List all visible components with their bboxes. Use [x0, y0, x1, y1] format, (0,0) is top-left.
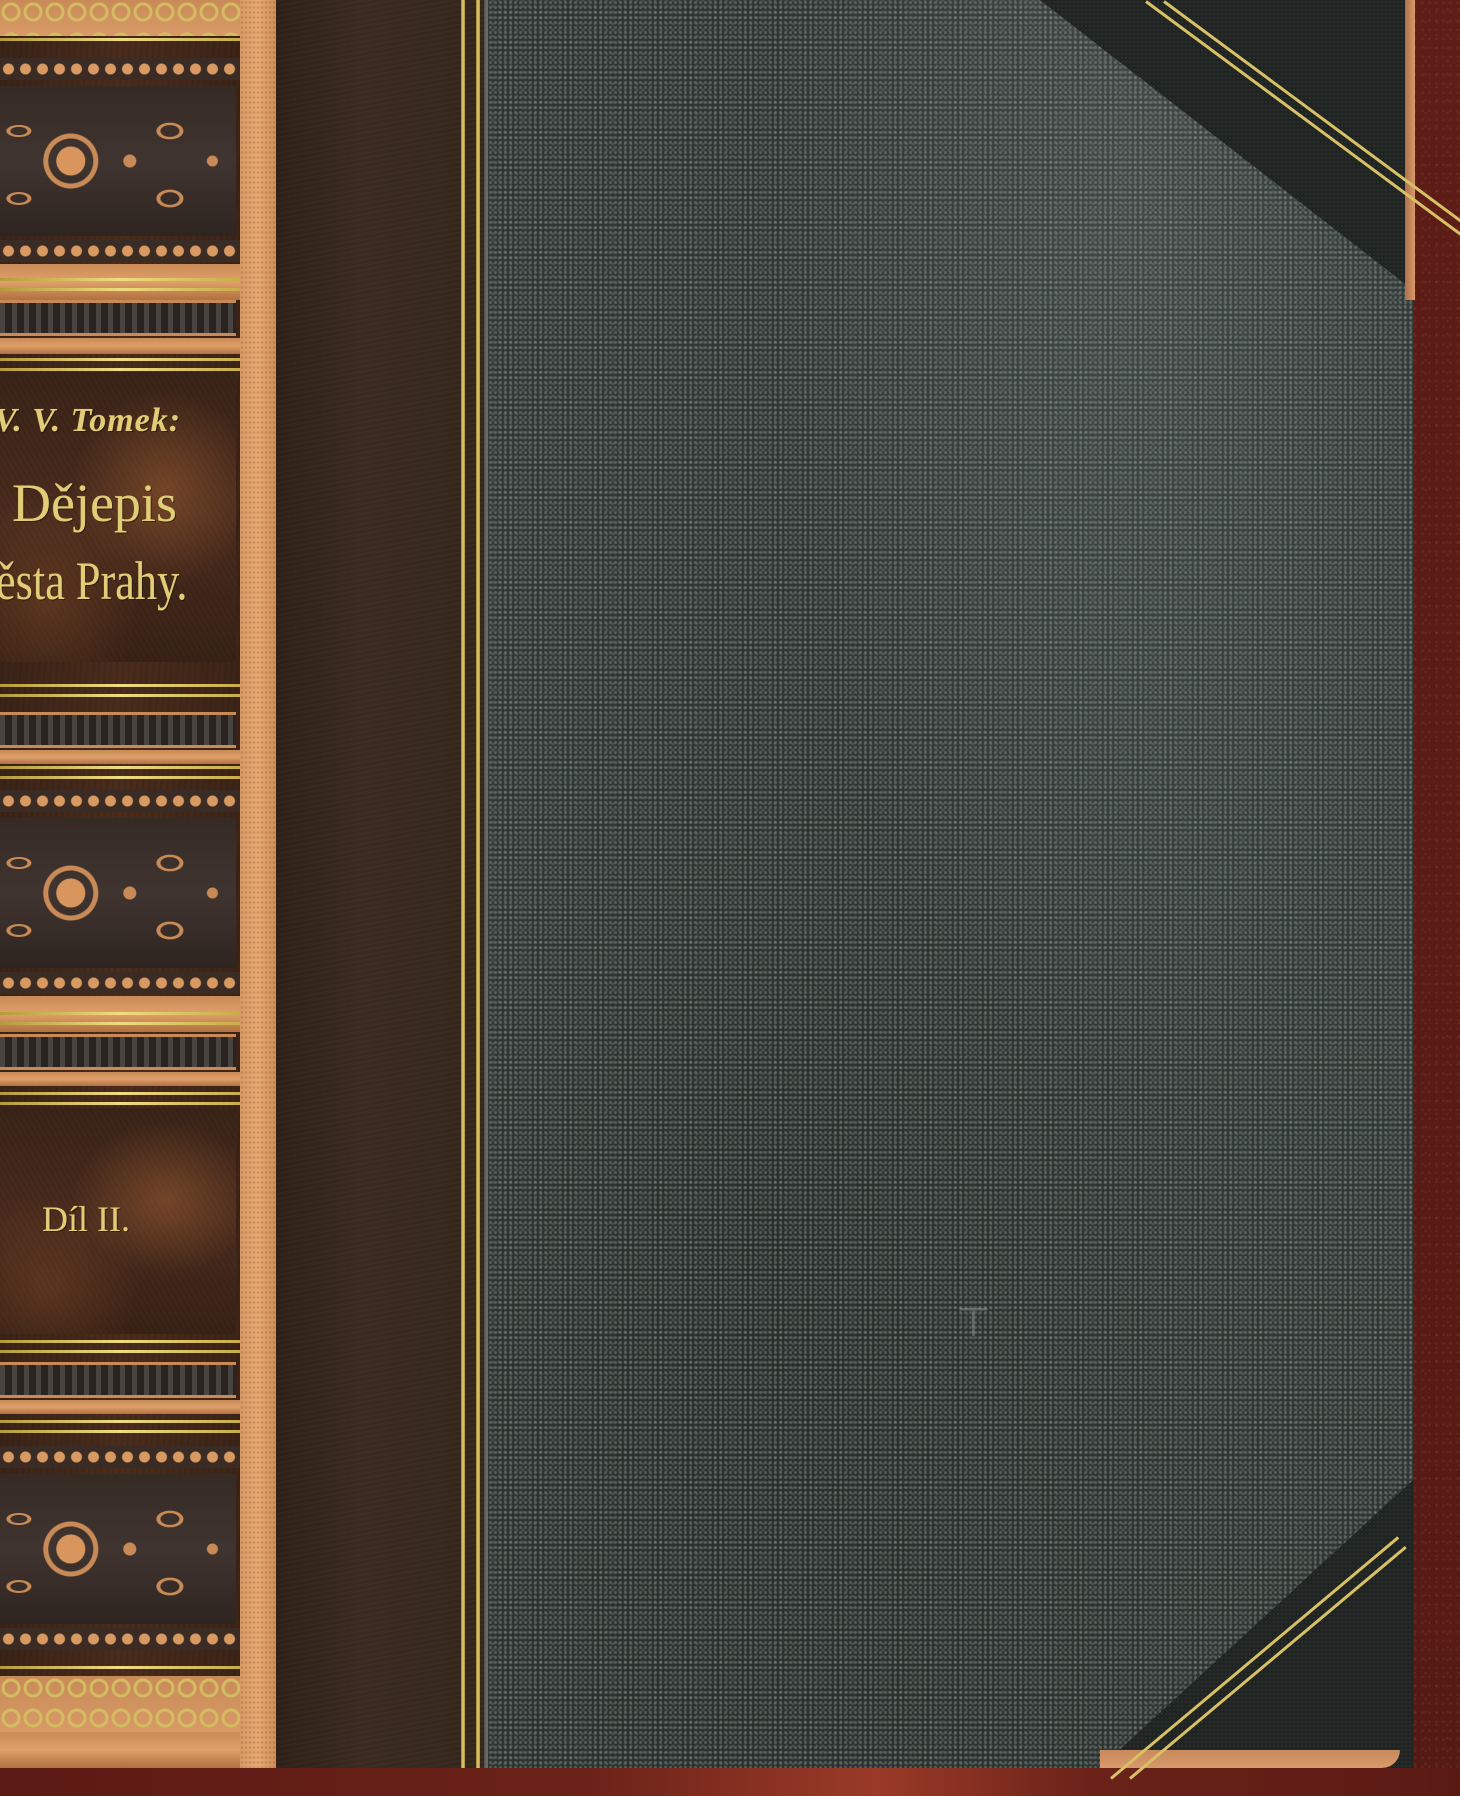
spine-title-line-2: ěsta Prahy. [0, 550, 187, 612]
spine-gold-line [0, 776, 240, 779]
spine-gold-line [0, 1102, 240, 1105]
spine-worn-edge [240, 0, 276, 1768]
spine-gold-line [0, 694, 240, 697]
spine-gold-line [0, 288, 240, 291]
spine-gold-line [0, 1022, 240, 1025]
spine-gold-line [0, 766, 240, 769]
spine-ornament-panel-top [0, 86, 236, 236]
spine-gold-line [0, 1092, 240, 1095]
spine-gold-line [0, 358, 240, 361]
wear-mark: ⊤ [956, 1300, 991, 1346]
spine-raised-band [0, 1034, 236, 1070]
spine-bead-row [0, 972, 240, 994]
spine-gold-line [0, 1340, 240, 1343]
spine-gilt-tail-scroll [0, 1676, 240, 1732]
spine-bead-row [0, 1446, 240, 1468]
book: V. V. Tomek: Dějepis ěsta Prahy. Díl II. [0, 0, 1413, 1768]
spine-title-panel: V. V. Tomek: Dějepis ěsta Prahy. [0, 372, 236, 662]
spine-bead-row [0, 1628, 240, 1650]
spine-gold-line [0, 368, 240, 371]
spine-gilt-head-scroll [0, 0, 240, 36]
spine-raised-band [0, 1362, 236, 1398]
spine-volume-panel: Díl II. [0, 1108, 236, 1334]
spine-gold-line [0, 1420, 240, 1423]
spine-ornament-panel-bottom [0, 1474, 236, 1624]
spine-gold-line [0, 684, 240, 687]
spine-ornament-panel-middle [0, 818, 236, 968]
spine-gold-line [0, 1666, 240, 1669]
spine-bead-row [0, 58, 240, 80]
background-reflection [0, 1768, 1460, 1796]
spine-gold-line [0, 1350, 240, 1353]
spine-band [0, 1072, 240, 1086]
spine-band [0, 750, 240, 764]
spine-raised-band [0, 300, 236, 336]
spine-gold-line [0, 1430, 240, 1433]
spine-band [0, 1400, 240, 1414]
spine-title-line-1: Dějepis [12, 472, 177, 534]
spine-band [0, 338, 240, 354]
spine-band [0, 264, 240, 300]
spine-gold-line [0, 278, 240, 281]
spine-bead-row [0, 790, 240, 812]
spine-volume: Díl II. [42, 1198, 130, 1240]
spine-gold-line [0, 38, 240, 41]
spine-bead-row [0, 240, 240, 262]
spine-gold-line [0, 1012, 240, 1015]
corner-worn-right-edge [1405, 0, 1415, 300]
gold-fillet-line [461, 0, 465, 1768]
cloth-board: ⊤ [488, 0, 1413, 1768]
spine-raised-band [0, 712, 236, 748]
spine-band [0, 1732, 240, 1768]
spine-author: V. V. Tomek: [0, 402, 181, 440]
spine: V. V. Tomek: Dějepis ěsta Prahy. Díl II. [0, 0, 242, 1768]
gold-fillet-line [476, 0, 480, 1768]
leather-hinge [276, 0, 488, 1768]
